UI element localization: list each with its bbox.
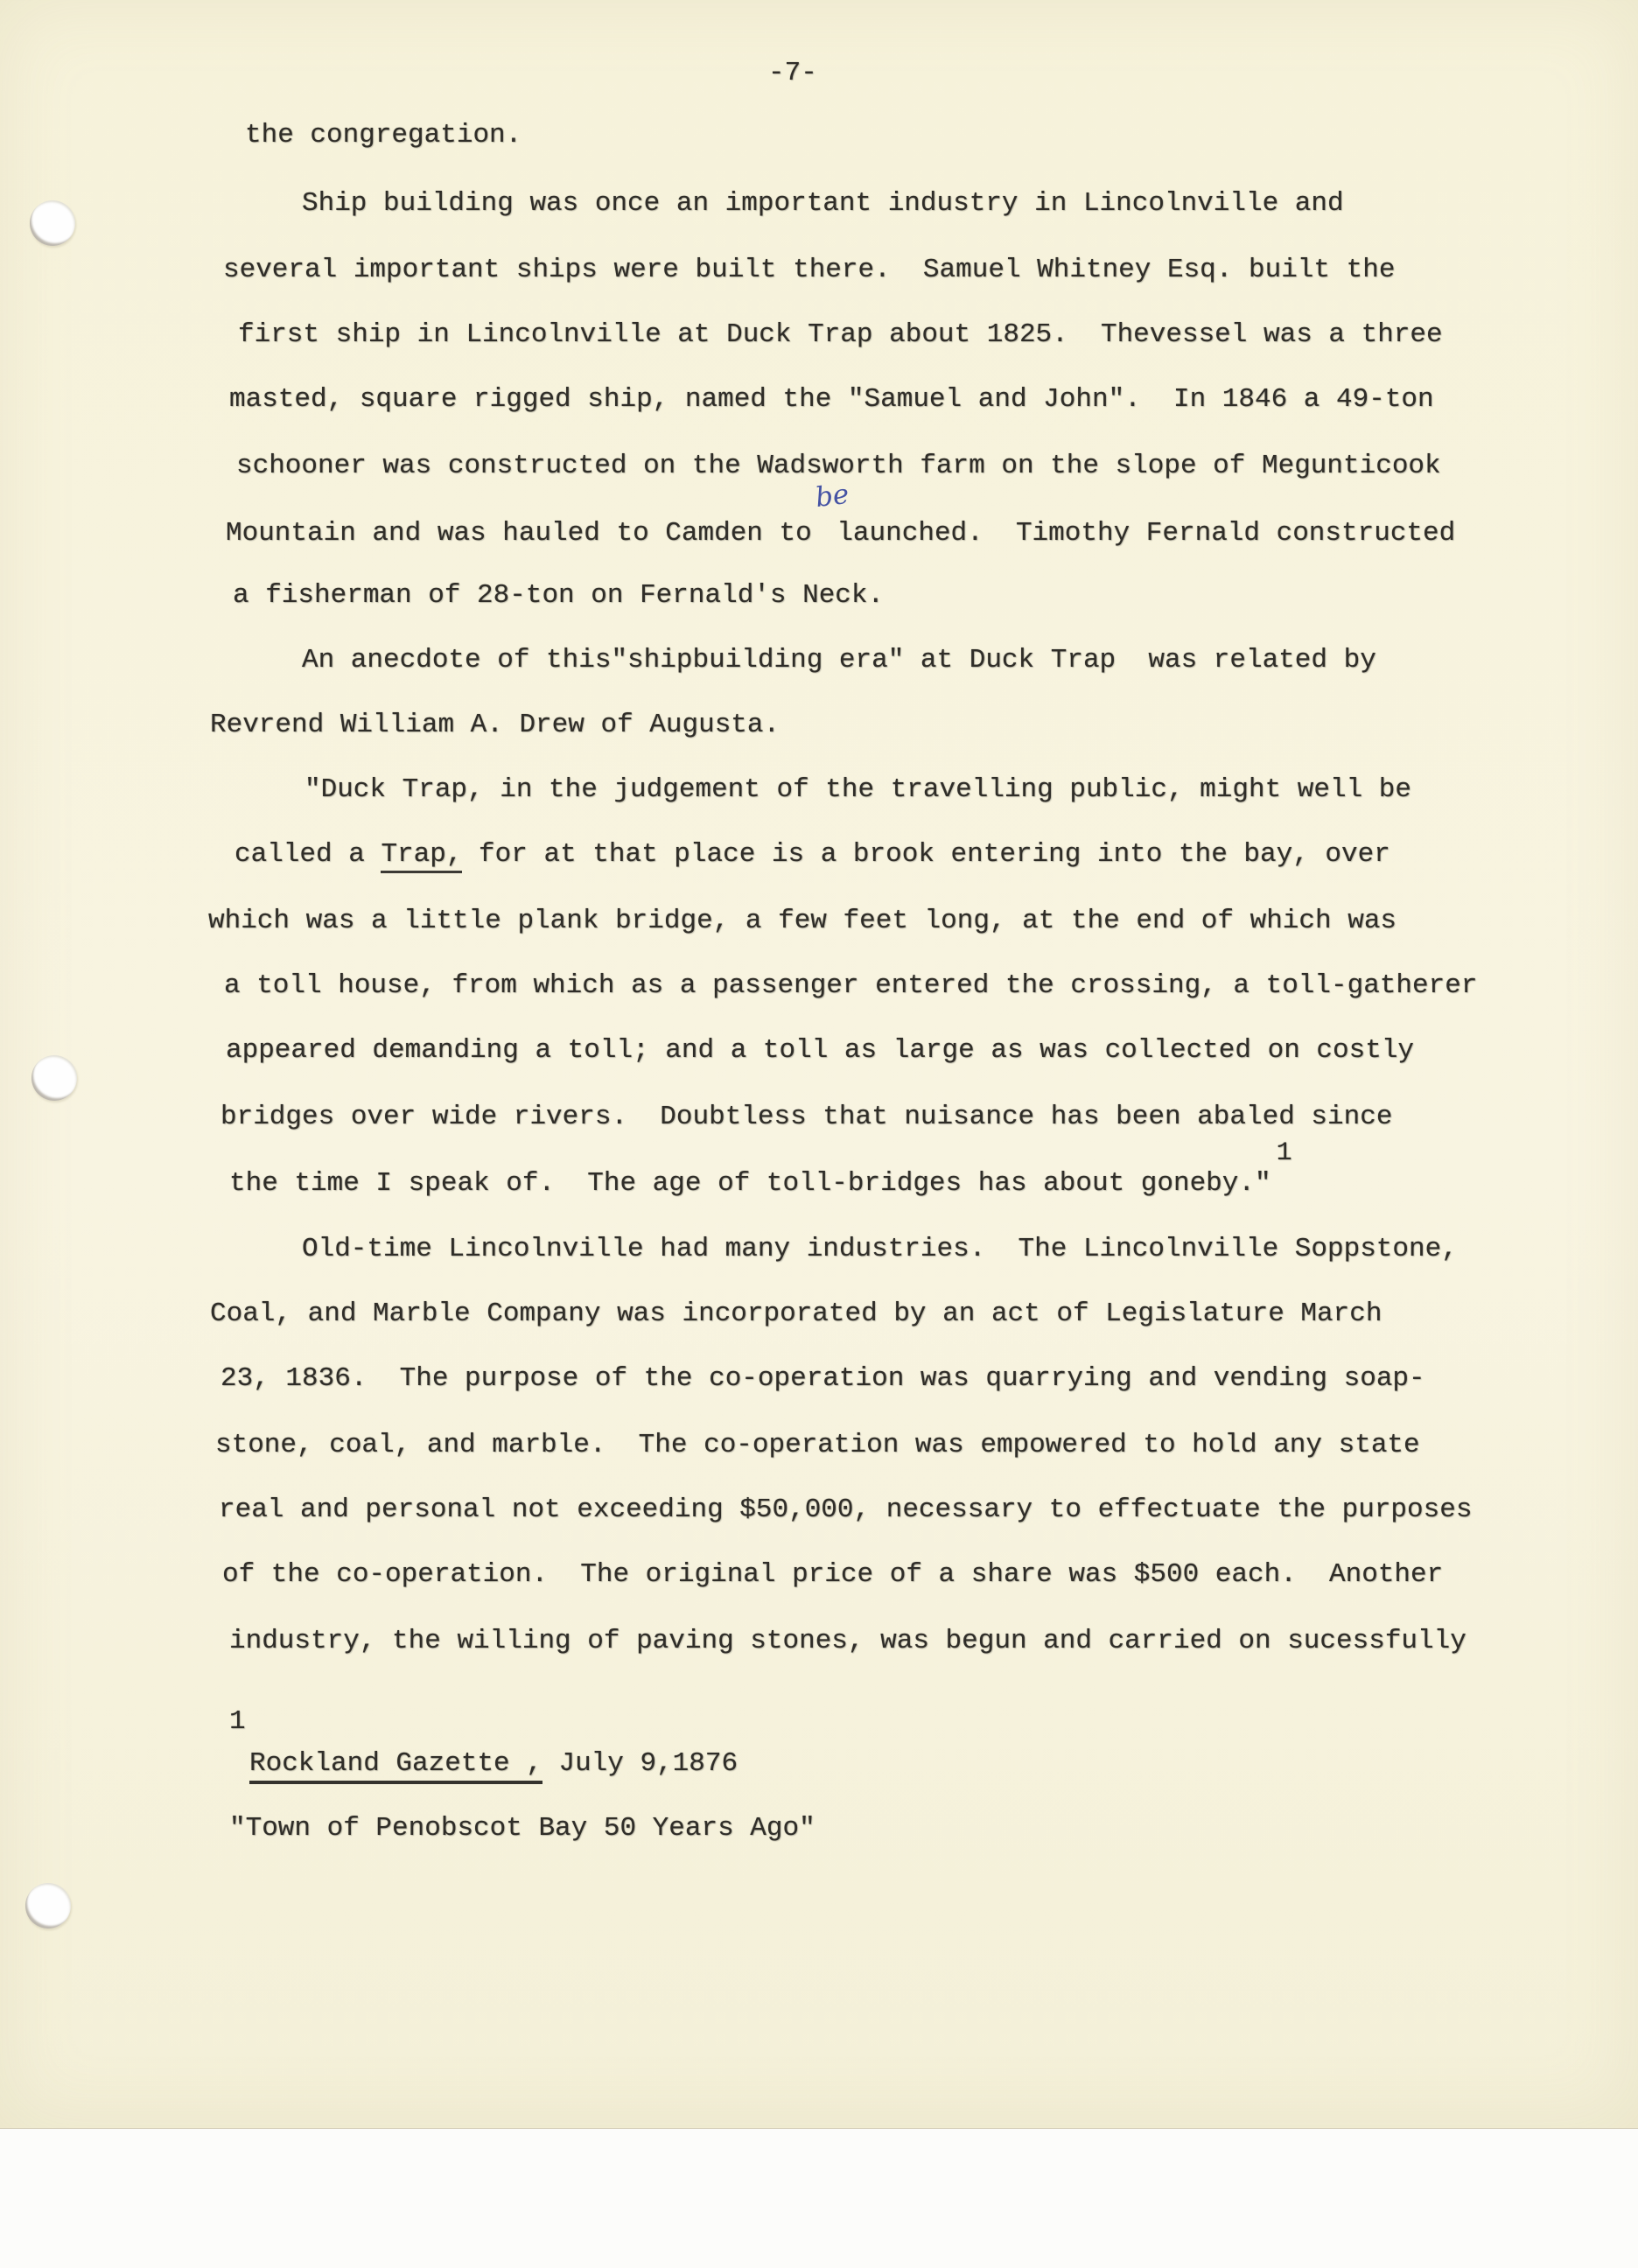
typed-line: real and personal not exceeding $50,000,… bbox=[219, 1494, 1472, 1525]
hole-punch bbox=[30, 200, 75, 246]
hole-punch bbox=[31, 1055, 77, 1101]
page-number: -7- bbox=[768, 58, 817, 88]
typed-line: first ship in Lincolnville at Duck Trap … bbox=[238, 319, 1443, 350]
handwritten-insertion: be bbox=[814, 479, 849, 514]
footnote-source-line: Rockland Gazette , July 9,1876 bbox=[249, 1748, 738, 1779]
typed-line: appeared demanding a toll; and a toll as… bbox=[226, 1035, 1414, 1066]
footnote-title: "Town of Penobscot Bay 50 Years Ago" bbox=[229, 1813, 815, 1844]
typed-line: stone, coal, and marble. The co-operatio… bbox=[215, 1430, 1420, 1460]
paper-sheet: -7- the congregation. Ship building was … bbox=[0, 0, 1638, 2129]
line-text: the time I speak of. The age of toll-bri… bbox=[229, 1168, 1271, 1199]
typed-line: of the co-operation. The original price … bbox=[222, 1559, 1443, 1590]
typed-line: industry, the willing of paving stones, … bbox=[229, 1626, 1466, 1656]
typed-line: a fisherman of 28-ton on Fernald's Neck. bbox=[233, 580, 884, 611]
underlined-word: Trap, bbox=[381, 839, 462, 873]
typed-line: Old-time Lincolnville had many industrie… bbox=[302, 1234, 1458, 1264]
typed-line: Revrend William A. Drew of Augusta. bbox=[210, 710, 780, 740]
typed-line: schooner was constructed on the Wadswort… bbox=[236, 451, 1441, 481]
typed-line: the congregation. bbox=[245, 120, 521, 150]
typed-line: An anecdote of this"shipbuilding era" at… bbox=[302, 645, 1376, 675]
footnote-source: Rockland Gazette , bbox=[249, 1748, 542, 1784]
hole-punch bbox=[25, 1883, 71, 1928]
typed-line: 23, 1836. The purpose of the co-operatio… bbox=[220, 1363, 1425, 1394]
line-text: called a bbox=[234, 839, 381, 870]
typed-line: masted, square rigged ship, named the "S… bbox=[229, 384, 1434, 415]
typed-line: bridges over wide rivers. Doubtless that… bbox=[220, 1102, 1392, 1132]
typed-line: called a Trap, for at that place is a br… bbox=[234, 839, 1390, 870]
footnote-number: 1 bbox=[229, 1706, 246, 1737]
typed-line: Coal, and Marble Company was incorporate… bbox=[210, 1298, 1382, 1329]
line-text: launched. Timothy Fernald constructed bbox=[821, 518, 1456, 549]
typed-line: Mountain and was hauled to Camden tobe l… bbox=[226, 515, 1455, 549]
typed-line: several important ships were built there… bbox=[223, 255, 1395, 285]
line-text: for at that place is a brook entering in… bbox=[462, 839, 1389, 870]
typed-line: a toll house, from which as a passenger … bbox=[224, 970, 1477, 1001]
typed-line: "Duck Trap, in the judgement of the trav… bbox=[304, 774, 1411, 805]
typed-line: which was a little plank bridge, a few f… bbox=[208, 906, 1396, 936]
footnote-reference: 1 bbox=[1277, 1138, 1292, 1168]
line-text: Mountain and was hauled to Camden to bbox=[226, 518, 812, 549]
footnote-date: July 9,1876 bbox=[542, 1748, 738, 1779]
typed-line: the time I speak of. The age of toll-bri… bbox=[229, 1168, 1292, 1199]
typed-line: Ship building was once an important indu… bbox=[302, 188, 1344, 219]
